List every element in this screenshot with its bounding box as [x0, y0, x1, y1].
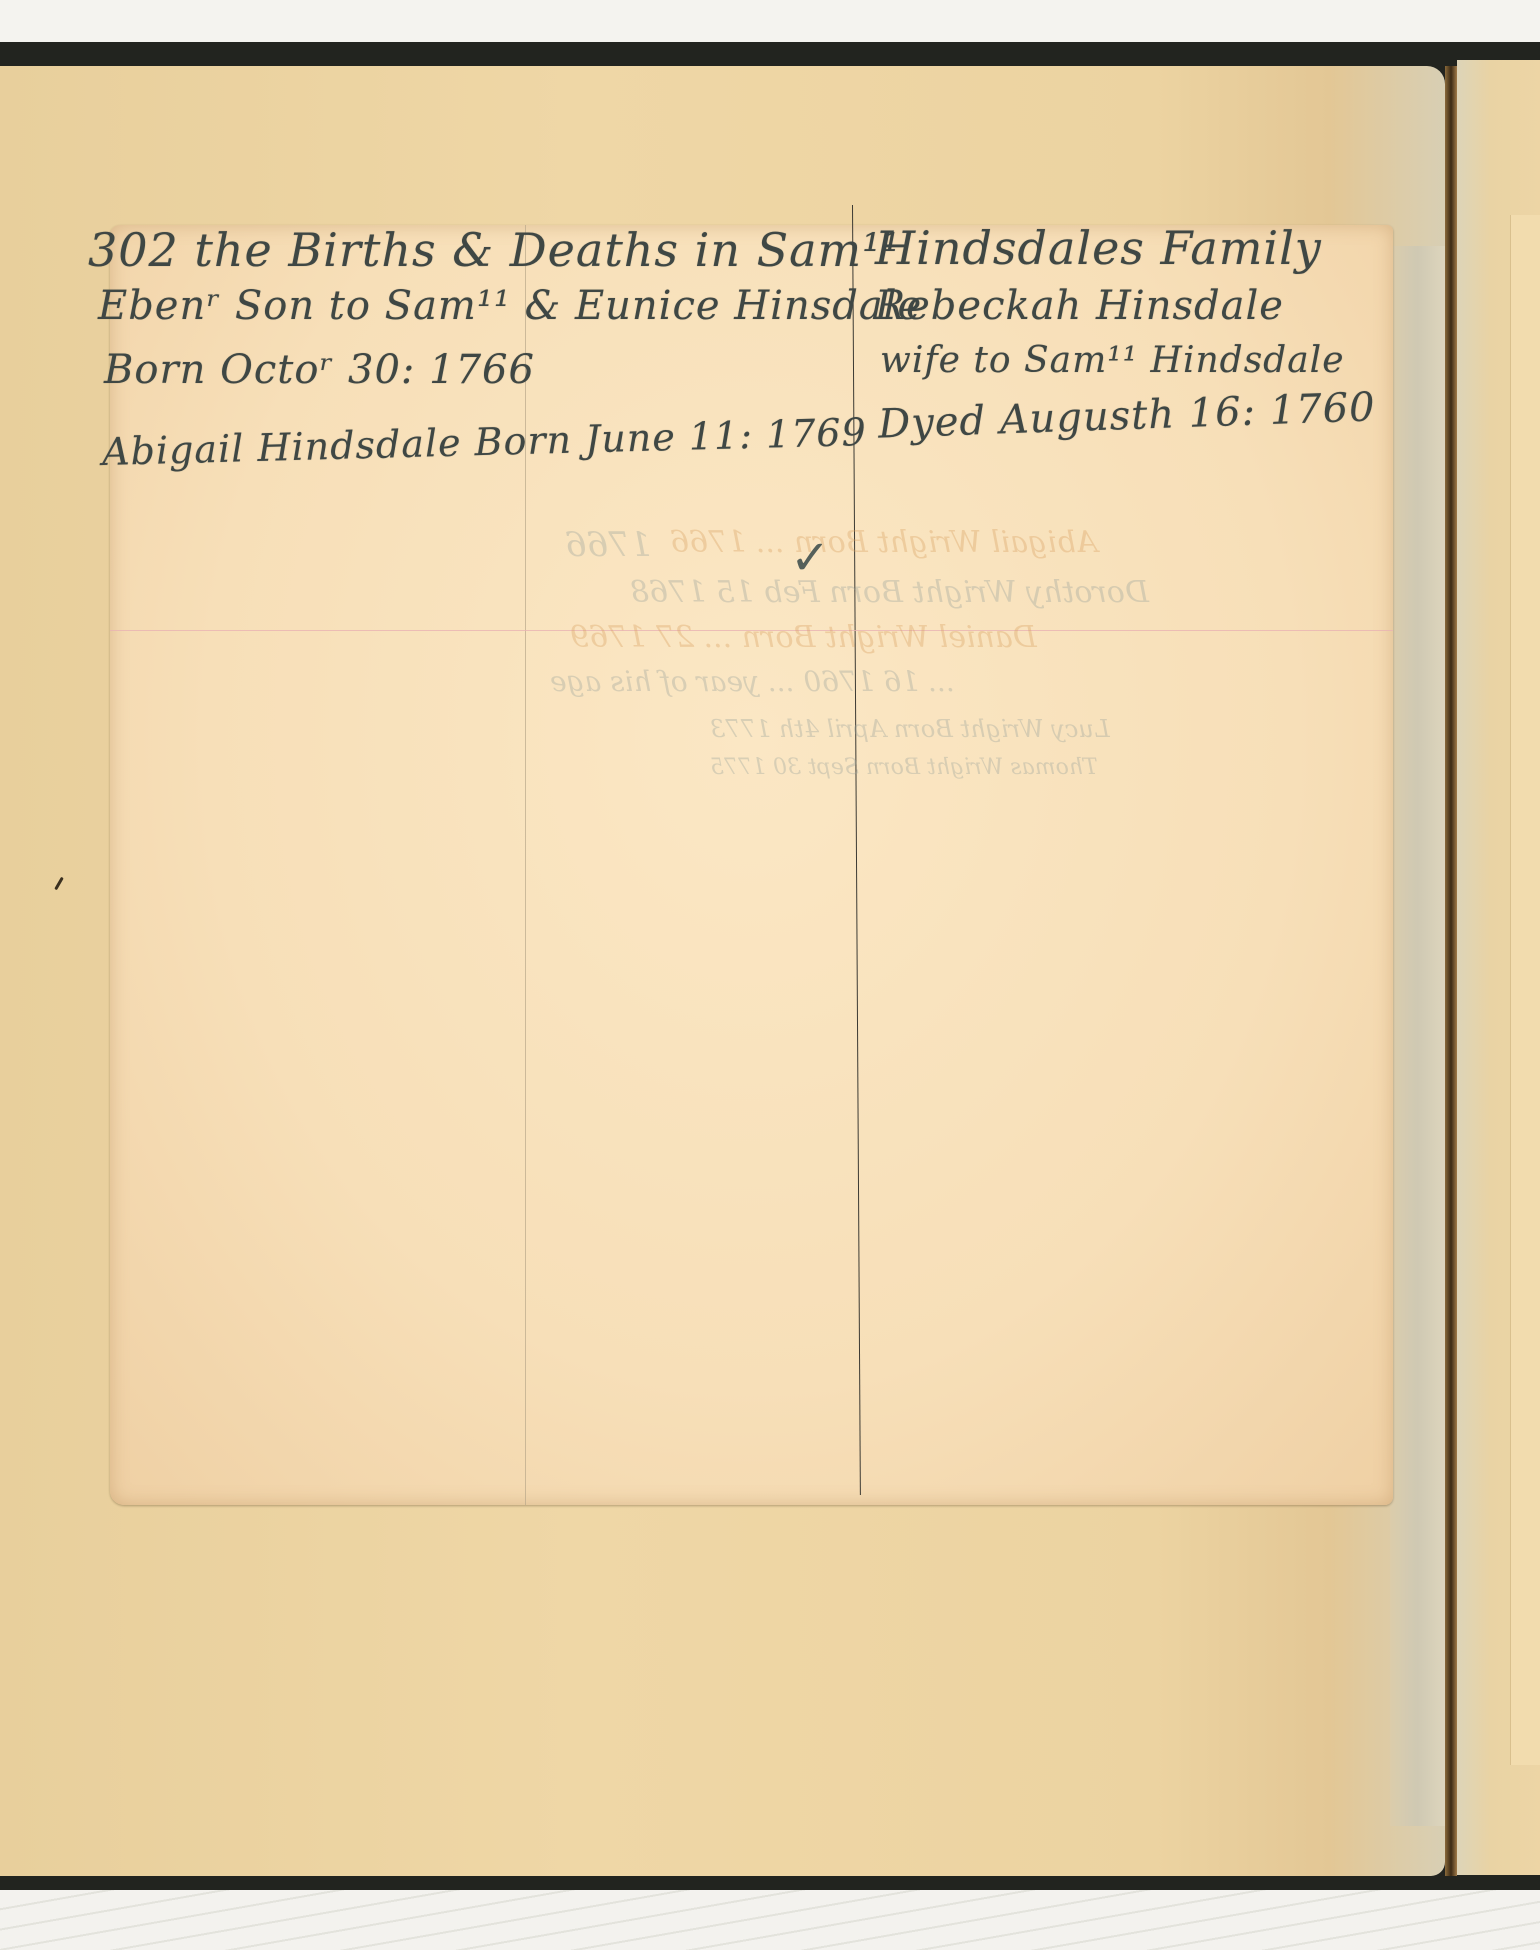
- book-gutter: [1445, 66, 1457, 1876]
- column-rule-faint: [525, 225, 526, 1505]
- entry-line: Abigail Hindsdale Born June 11: 1769: [102, 410, 868, 474]
- heading-right: Hindsdales Family: [875, 221, 1322, 275]
- manuscript-sheet: 1766 Abigail Wright Born ... 1766 Doroth…: [110, 225, 1393, 1505]
- facing-page: [1457, 60, 1540, 1875]
- bleed-through-text: Abigail Wright Born ... 1766: [670, 525, 1098, 560]
- entry-line: Dyed Augusth 16: 1760: [877, 384, 1376, 447]
- bleed-through-text: Daniel Wright Born ... 27 1769: [570, 620, 1037, 655]
- scan-background-edge: [0, 1890, 1540, 1950]
- bleed-through-text: Thomas Wright Born Sept 30 1775: [710, 755, 1098, 780]
- entry-line: wife to Sam¹¹ Hindsdale: [880, 340, 1345, 381]
- bleed-through-text: 1766: [565, 525, 652, 565]
- entry-line: Ebenʳ Son to Sam¹¹ & Eunice Hinsdale: [98, 283, 922, 329]
- bleed-through-text: ... 16 1760 ... year of his age: [550, 665, 955, 698]
- bleed-through-text: Lucy Wright Born April 4th 1773: [710, 715, 1110, 743]
- entry-line: Born Octoʳ 30: 1766: [104, 347, 535, 393]
- heading-left: 302 the Births & Deaths in Sam¹¹: [88, 223, 901, 277]
- facing-page-inset: [1510, 215, 1540, 1765]
- hinge-tissue: [1390, 246, 1445, 1826]
- entry-line: Rebeckah Hinsdale: [875, 283, 1284, 329]
- ink-speck: [54, 877, 64, 891]
- column-rule: [852, 205, 861, 1495]
- bleed-through-text: Dorothy Wright Born Feb 15 1768: [630, 575, 1149, 610]
- check-mark-icon: ✓: [790, 530, 830, 586]
